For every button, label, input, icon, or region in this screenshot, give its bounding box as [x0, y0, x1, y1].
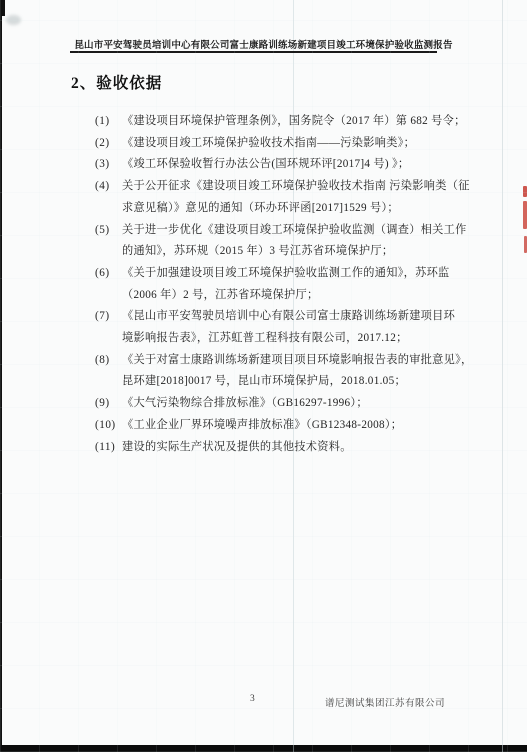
- item-text-line: 关于公开征求《建设项目竣工环境保护验收技术指南 污染影响类（征: [122, 176, 495, 198]
- item-number: (1): [95, 111, 122, 133]
- item-text-line: 《工业企业厂界环境噪声排放标准》（GB12348-2008）；: [122, 415, 495, 437]
- item-number: (4): [95, 176, 122, 219]
- item-text: 关于进一步优化《建设项目竣工环境保护验收监测（调查）相关工作的通知》，苏环规（2…: [122, 220, 495, 263]
- scan-crease: [502, 0, 503, 752]
- list-item: (5)关于进一步优化《建设项目竣工环境保护验收监测（调查）相关工作的通知》，苏环…: [95, 220, 495, 263]
- item-number: (3): [95, 154, 122, 176]
- item-text-line: 《关于对富士康路训练场新建项目项目环境影响报告表的审批意见》，: [122, 350, 495, 372]
- header-rule: [70, 51, 437, 53]
- item-number: (2): [95, 133, 122, 155]
- item-number: (10): [95, 415, 122, 437]
- item-text-line: 《建设项目环境保护管理条例》，国务院令（2017 年）第 682 号令；: [122, 111, 495, 133]
- list-item: (8)《关于对富士康路训练场新建项目项目环境影响报告表的审批意见》，昆环建[20…: [95, 350, 495, 393]
- item-text: 《工业企业厂界环境噪声排放标准》（GB12348-2008）；: [122, 415, 495, 437]
- list-item: (3)《竣工环保验收暂行办法公告(国环规环评[2017]4 号) 》；: [95, 154, 495, 176]
- item-number: (5): [95, 220, 122, 263]
- item-text: 《大气污染物综合排放标准》（GB16297-1996）；: [122, 393, 495, 415]
- item-text-line: 《昆山市平安驾驶员培训中心有限公司富士康路训练场新建项目环: [122, 306, 495, 328]
- list-item: (10)《工业企业厂界环境噪声排放标准》（GB12348-2008）；: [95, 415, 495, 437]
- scan-edge-bottom: [0, 745, 527, 752]
- item-number: (11): [95, 437, 122, 459]
- list-item: (9)《大气污染物综合排放标准》（GB16297-1996）；: [95, 393, 495, 415]
- item-text-line: 求意见稿）》意见的通知（环办环评函[2017]1529 号）；: [122, 198, 495, 220]
- item-text-line: 昆环建[2018]0017 号，昆山市环境保护局，2018.01.05；: [122, 371, 495, 393]
- item-text: 《昆山市平安驾驶员培训中心有限公司富士康路训练场新建项目环境影响报告表》，江苏虹…: [122, 306, 495, 349]
- footer-company: 谱尼测试集团江苏有限公司: [325, 695, 445, 709]
- list-item: (2)《建设项目竣工环境保护验收技术指南——污染影响类》；: [95, 133, 495, 155]
- item-number: (7): [95, 306, 122, 349]
- item-text: 《竣工环保验收暂行办法公告(国环规环评[2017]4 号) 》；: [122, 154, 495, 176]
- item-text: 《建设项目竣工环境保护验收技术指南——污染影响类》；: [122, 133, 495, 155]
- item-text: 《关于对富士康路训练场新建项目项目环境影响报告表的审批意见》，昆环建[2018]…: [122, 350, 495, 393]
- item-text-line: 《竣工环保验收暂行办法公告(国环规环评[2017]4 号) 》；: [122, 154, 495, 176]
- item-text: 关于公开征求《建设项目竣工环境保护验收技术指南 污染影响类（征求意见稿）》意见的…: [122, 176, 495, 219]
- item-text-line: 关于进一步优化《建设项目竣工环境保护验收监测（调查）相关工作: [122, 220, 495, 242]
- red-seal-fragment: [523, 201, 527, 229]
- page-header-title: 昆山市平安驾驶员培训中心有限公司富士康路训练场新建项目竣工环境保护验收监测报告: [45, 37, 482, 51]
- scan-smudge: [6, 15, 21, 25]
- item-text-line: 建设的实际生产状况及提供的其他技术资料。: [122, 437, 495, 459]
- scan-edge-corner: [0, 0, 5, 16]
- item-text-line: 的通知》，苏环规（2015 年）3 号江苏省环境保护厅；: [122, 241, 495, 263]
- item-text-line: 《大气污染物综合排放标准》（GB16297-1996）；: [122, 393, 495, 415]
- list-item: (6)《关于加强建设项目竣工环境保护验收监测工作的通知》，苏环监（2006 年）…: [95, 263, 495, 306]
- item-text: 《建设项目环境保护管理条例》，国务院令（2017 年）第 682 号令；: [122, 111, 495, 133]
- item-number: (8): [95, 350, 122, 393]
- page-number: 3: [250, 694, 255, 704]
- red-seal-fragment: [523, 186, 527, 197]
- item-text: 建设的实际生产状况及提供的其他技术资料。: [122, 437, 495, 459]
- item-text-line: 《建设项目竣工环境保护验收技术指南——污染影响类》；: [122, 133, 495, 155]
- scan-edge-left: [0, 0, 2, 752]
- list-item: (7)《昆山市平安驾驶员培训中心有限公司富士康路训练场新建项目环境影响报告表》，…: [95, 306, 495, 349]
- list-item: (11)建设的实际生产状况及提供的其他技术资料。: [95, 437, 495, 459]
- item-text: 《关于加强建设项目竣工环境保护验收监测工作的通知》，苏环监（2006 年）2 号…: [122, 263, 495, 306]
- item-text-line: 《关于加强建设项目竣工环境保护验收监测工作的通知》，苏环监: [122, 263, 495, 285]
- list-item: (4)关于公开征求《建设项目竣工环境保护验收技术指南 污染影响类（征求意见稿）》…: [95, 176, 495, 219]
- item-text-line: （2006 年）2 号，江苏省环境保护厅；: [122, 285, 495, 307]
- item-number: (9): [95, 393, 122, 415]
- document-page: 昆山市平安驾驶员培训中心有限公司富士康路训练场新建项目竣工环境保护验收监测报告 …: [0, 0, 527, 752]
- item-text-line: 境影响报告表》，江苏虹普工程科技有限公司，2017.12；: [122, 328, 495, 350]
- section-title: 2、验收依据: [71, 71, 162, 93]
- list-item: (1)《建设项目环境保护管理条例》，国务院令（2017 年）第 682 号令；: [95, 111, 495, 133]
- item-number: (6): [95, 263, 122, 306]
- reference-list: (1)《建设项目环境保护管理条例》，国务院令（2017 年）第 682 号令；(…: [95, 111, 495, 458]
